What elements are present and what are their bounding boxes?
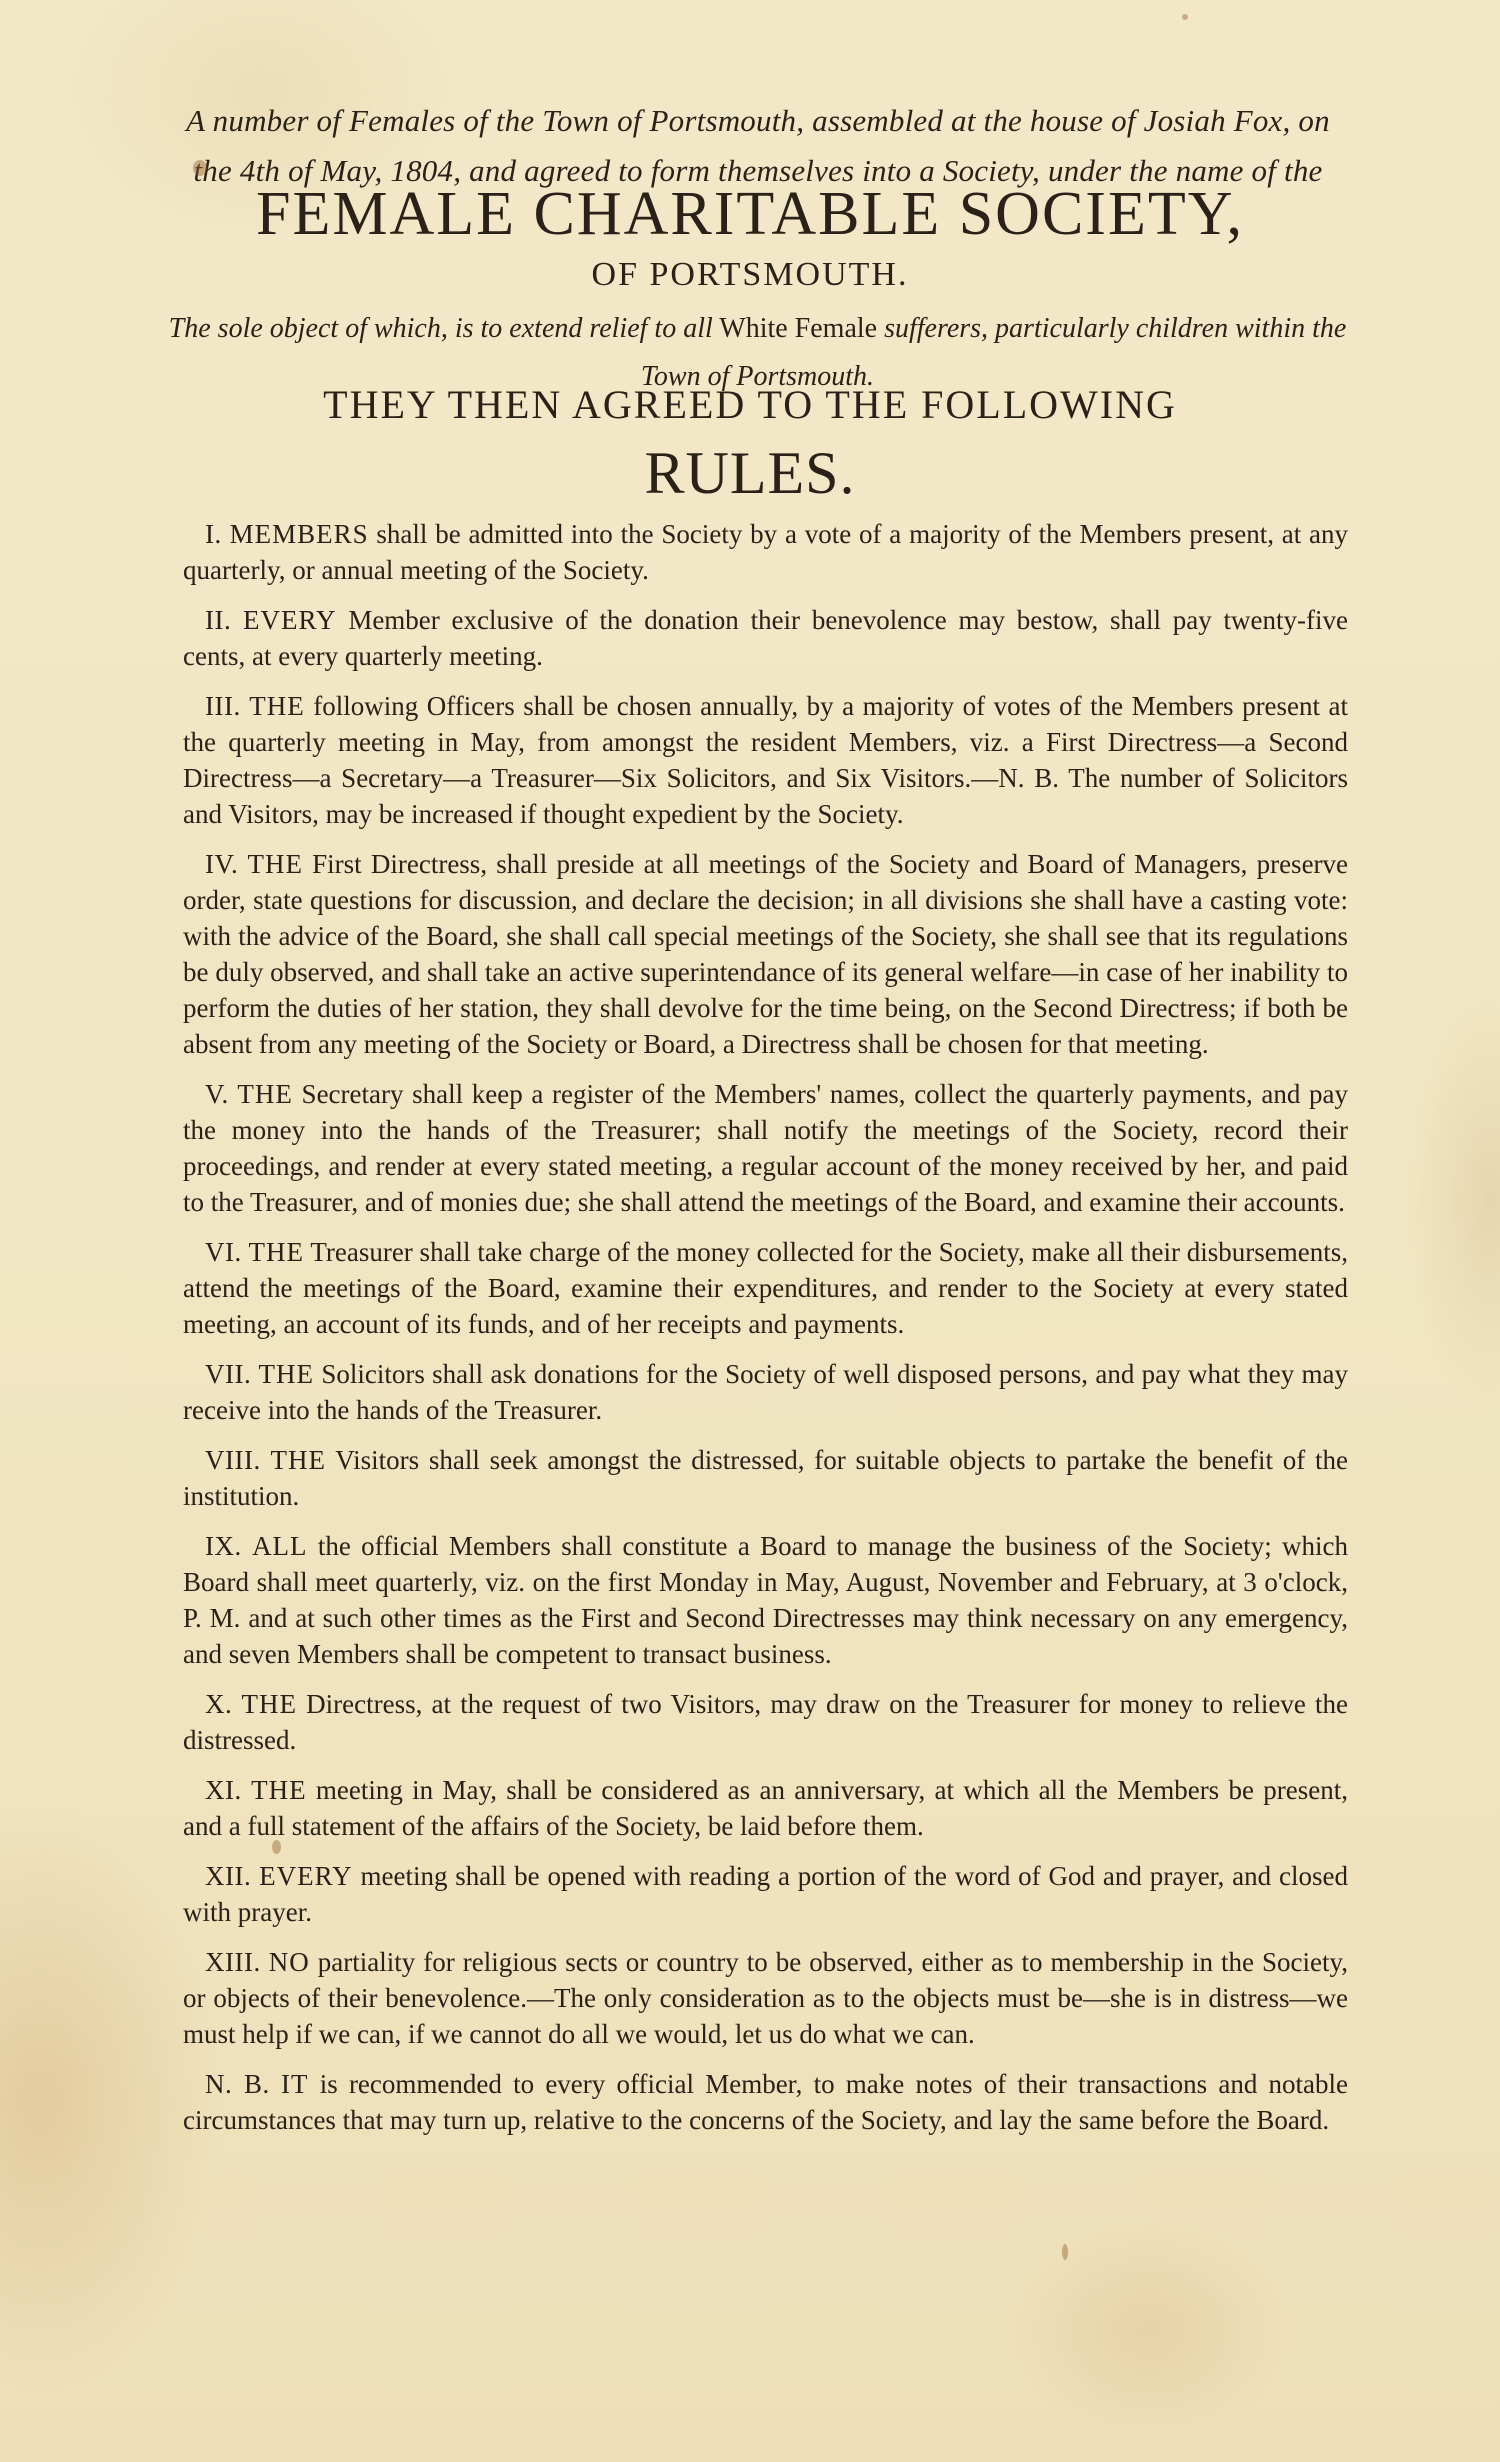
rule-3: III. THE following Officers shall be cho… [183, 688, 1348, 832]
rule-text: First Directress, shall preside at all m… [183, 849, 1348, 1059]
broadside-page: A number of Females of the Town of Ports… [0, 0, 1500, 2462]
rule-13: XIII. NO partiality for religious sects … [183, 1944, 1348, 2052]
rule-number: I. [205, 519, 222, 549]
rule-10: X. THE Directress, at the request of two… [183, 1686, 1348, 1758]
rule-2: II. EVERY Member exclusive of the donati… [183, 602, 1348, 674]
rule-5: V. THE Secretary shall keep a register o… [183, 1076, 1348, 1220]
rule-text: Member exclusive of the donation their b… [183, 605, 1348, 671]
rules-heading: RULES. [150, 438, 1350, 508]
rule-text: Secretary shall keep a register of the M… [183, 1079, 1348, 1217]
agreed-heading: THEY THEN AGREED TO THE FOLLOWING [150, 380, 1350, 430]
object-text-part2: White Female [713, 313, 884, 344]
rule-lead-word: THE [251, 1775, 306, 1805]
foxing-stain [193, 160, 207, 176]
rule-number: XI. [205, 1775, 242, 1805]
society-subtitle: OF PORTSMOUTH. [150, 255, 1350, 295]
rule-11: XI. THE meeting in May, shall be conside… [183, 1772, 1348, 1844]
rule-8: VIII. THE Visitors shall seek amongst th… [183, 1442, 1348, 1514]
rule-lead-word: EVERY [243, 605, 337, 635]
rule-number: XII. [205, 1861, 251, 1891]
foxing-stain [1182, 14, 1188, 20]
rule-text: meeting in May, shall be considered as a… [183, 1775, 1348, 1841]
rule-number: VIII. [205, 1445, 261, 1475]
rule-text: partiality for religious sects or countr… [183, 1947, 1348, 2049]
rule-lead-word: THE [237, 1079, 292, 1109]
rule-lead-word: THE [247, 849, 302, 879]
rule-lead-word: ALL [252, 1531, 307, 1561]
rule-lead-word: IT [281, 2069, 308, 2099]
rule-text: following Officers shall be chosen annua… [183, 691, 1348, 829]
foxing-stain [1062, 2244, 1068, 2260]
rule-nota-bene: N. B. IT is recommended to every officia… [183, 2066, 1348, 2138]
rule-9: IX. ALL the official Members shall const… [183, 1528, 1348, 1672]
rule-lead-word: THE [241, 1689, 296, 1719]
society-title: FEMALE CHARITABLE SOCIETY, [150, 178, 1350, 250]
rule-number: II. [205, 605, 231, 635]
rule-lead-word: NO [269, 1947, 310, 1977]
rule-text: the official Members shall constitute a … [183, 1531, 1348, 1669]
rule-number: N. B. [205, 2069, 270, 2099]
rule-number: V. [205, 1079, 229, 1109]
rule-number: X. [205, 1689, 232, 1719]
rule-12: XII. EVERY meeting shall be opened with … [183, 1858, 1348, 1930]
rule-number: VII. [205, 1359, 251, 1389]
rule-number: III. [205, 691, 241, 721]
rule-text: is recommended to every official Member,… [183, 2069, 1348, 2135]
rule-number: XIII. [205, 1947, 261, 1977]
rule-text: meeting shall be opened with reading a p… [183, 1861, 1348, 1927]
rule-6: VI. THE Treasurer shall take charge of t… [183, 1234, 1348, 1342]
rule-lead-word: EVERY [259, 1861, 353, 1891]
rule-7: VII. THE Solicitors shall ask donations … [183, 1356, 1348, 1428]
rule-lead-word: MEMBERS [230, 519, 369, 549]
rules-list: I. MEMBERS shall be admitted into the So… [183, 516, 1348, 2152]
object-text-part1: The sole object of which, is to extend r… [169, 313, 713, 344]
foxing-stain [272, 1840, 281, 1854]
rule-text: Treasurer shall take charge of the money… [183, 1237, 1348, 1339]
rule-number: IX. [205, 1531, 242, 1561]
rule-number: VI. [205, 1237, 242, 1267]
rule-lead-word: THE [270, 1445, 325, 1475]
rule-text: Directress, at the request of two Visito… [183, 1689, 1348, 1755]
rule-lead-word: THE [249, 691, 304, 721]
rule-lead-word: THE [249, 1237, 304, 1267]
rule-4: IV. THE First Directress, shall preside … [183, 846, 1348, 1062]
rule-lead-word: THE [259, 1359, 314, 1389]
rule-1: I. MEMBERS shall be admitted into the So… [183, 516, 1348, 588]
rule-text: Visitors shall seek amongst the distress… [183, 1445, 1348, 1511]
rule-number: IV. [205, 849, 238, 879]
rule-text: Solicitors shall ask donations for the S… [183, 1359, 1348, 1425]
